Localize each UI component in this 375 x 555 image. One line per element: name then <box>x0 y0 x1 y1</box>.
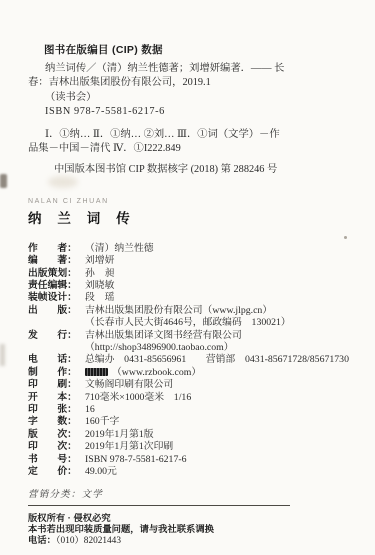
book-title-block: NALAN CI ZHUAN 纳 兰 词 传 <box>28 198 357 227</box>
row-value: 孙 昶 <box>85 268 357 280</box>
row-value: 2019年1月第1次印刷 <box>85 441 357 453</box>
cip-classification-line: Ⅰ．①纳… Ⅱ．①纳… ②刘… Ⅲ．①词（文学）－作 <box>28 128 357 142</box>
cip-header: 图书在版编目 (CIP) 数据 <box>44 42 357 57</box>
contact-phone-line: 电话：（010）82021443 <box>28 535 357 547</box>
book-title-pinyin: NALAN CI ZHUAN <box>28 198 357 205</box>
colophon-row-price: 定 价：49.00元 <box>28 466 357 478</box>
row-value: 160千字 <box>85 416 357 428</box>
row-label: 开 本： <box>28 392 85 404</box>
row-label: 装帧设计： <box>28 292 85 304</box>
row-value: 2019年1月第1版 <box>85 429 357 441</box>
row-label: 书 号： <box>28 454 85 466</box>
scan-artifact <box>344 236 347 239</box>
colophon-row-format: 开 本：710毫米×1000毫米 1/16 <box>28 392 357 404</box>
colophon-row-publisher: 出 版：吉林出版集团股份有限公司（www.jlpg.cn） <box>28 305 357 317</box>
cip-classification-line: 品集－中国－清代 Ⅳ．①I222.849 <box>28 142 357 156</box>
row-label: 编 著： <box>28 255 85 267</box>
row-label: 版 次： <box>28 429 85 441</box>
scan-artifact <box>0 174 7 188</box>
row-label: 出 版： <box>28 305 85 317</box>
row-label: 定 价： <box>28 466 85 478</box>
row-label: 字 数： <box>28 416 85 428</box>
colophon-row-maker: 制 作：（www.rzbook.com） <box>28 367 357 379</box>
cip-line: 春：吉林出版集团股份有限公司，2019.1 <box>28 76 357 90</box>
colophon-row-editor: 编 著：刘增妍 <box>28 255 357 267</box>
row-label: 印 张： <box>28 404 85 416</box>
colophon-row-author: 作 者：（清）纳兰性德 <box>28 243 357 255</box>
cip-registry-number: 中国版本图书馆 CIP 数据核字 (2018) 第 288246 号 <box>28 163 357 177</box>
marketing-category-value: 文学 <box>82 490 103 500</box>
row-label: 制 作： <box>28 367 85 379</box>
colophon-row-impression: 印 次：2019年1月第1次印刷 <box>28 441 357 453</box>
row-value: 710毫米×1000毫米 1/16 <box>85 392 357 404</box>
row-value: （http://shop34896900.taobao.com） <box>85 342 357 354</box>
marketing-category: 营销分类：文学 <box>28 486 357 500</box>
cip-isbn-line: ISBN 978-7-5581-6217-6 <box>28 105 357 119</box>
maker-url: （www.rzbook.com） <box>112 367 201 378</box>
copyright-line: 版权所有 · 侵权必究 <box>28 513 357 524</box>
rzbook-logo <box>85 368 108 376</box>
colophon-row-isbn: 书 号：ISBN 978-7-5581-6217-6 <box>28 454 357 466</box>
row-label: 出版策划： <box>28 268 85 280</box>
row-value: 文畅阁印刷有限公司 <box>85 379 357 391</box>
divider-rule <box>28 505 290 506</box>
colophon-row-edition: 版 次：2019年1月第1版 <box>28 429 357 441</box>
contact-phone-label: 电话： <box>28 535 56 545</box>
row-value: 16 <box>85 404 357 416</box>
row-value: （长春市人民大街4646号，邮政编码 130021） <box>85 317 357 329</box>
marketing-category-label: 营销分类： <box>28 490 82 500</box>
row-value: 总编办 0431-85656961 营销部 0431-85671728/8567… <box>85 354 357 366</box>
colophon-row-telephone: 电 话：总编办 0431-85656961 营销部 0431-85671728/… <box>28 354 357 366</box>
row-value: 吉林出版集团译文图书经营有限公司 <box>85 330 357 342</box>
scan-artifact <box>0 344 5 366</box>
row-label: 印 次： <box>28 441 85 453</box>
copyright-page: 图书在版编目 (CIP) 数据 纳兰词传／（清）纳兰性德著；刘增妍编著．—— 长… <box>0 0 375 555</box>
row-label: 发 行： <box>28 330 85 342</box>
row-value: 49.00元 <box>85 466 357 478</box>
row-label <box>28 342 85 354</box>
colophon-row-designer: 装帧设计：段 瑶 <box>28 292 357 304</box>
quality-notice-line: 本书若出现印装质量问题，请与我社联系调换 <box>28 524 357 535</box>
colophon-row-publisher-address: （长春市人民大街4646号，邮政编码 130021） <box>28 317 357 329</box>
cip-line: 纳兰词传／（清）纳兰性德著；刘增妍编著．—— 长 <box>28 62 357 76</box>
row-value: （清）纳兰性德 <box>85 243 357 255</box>
row-label: 印 刷： <box>28 379 85 391</box>
row-value: 刘晓敏 <box>85 280 357 292</box>
row-label <box>28 317 85 329</box>
book-title-chinese: 纳 兰 词 传 <box>28 207 357 227</box>
row-label: 作 者： <box>28 243 85 255</box>
cip-block: 图书在版编目 (CIP) 数据 纳兰词传／（清）纳兰性德著；刘增妍编著．—— 长… <box>28 42 357 177</box>
contact-phone-number: （010）82021443 <box>56 536 121 546</box>
row-value: 段 瑶 <box>85 292 357 304</box>
colophon-row-distributor: 发 行：吉林出版集团译文图书经营有限公司 <box>28 330 357 342</box>
colophon-row-shop-url: （http://shop34896900.taobao.com） <box>28 342 357 354</box>
colophon: 作 者：（清）纳兰性德 编 著：刘增妍 出版策划：孙 昶 责任编辑：刘晓敏 装帧… <box>28 243 357 479</box>
row-label: 电 话： <box>28 354 85 366</box>
colophon-row-responsible-editor: 责任编辑：刘晓敏 <box>28 280 357 292</box>
scan-artifact <box>48 176 78 188</box>
colophon-row-sheets: 印 张：16 <box>28 404 357 416</box>
cip-series-line: （读书会） <box>28 91 357 105</box>
row-value: （www.rzbook.com） <box>85 367 357 379</box>
row-value: 刘增妍 <box>85 255 357 267</box>
colophon-row-planner: 出版策划：孙 昶 <box>28 268 357 280</box>
row-value: 吉林出版集团股份有限公司（www.jlpg.cn） <box>85 305 357 317</box>
colophon-row-printer: 印 刷：文畅阁印刷有限公司 <box>28 379 357 391</box>
row-label: 责任编辑： <box>28 280 85 292</box>
copyright-notice: 版权所有 · 侵权必究 本书若出现印装质量问题，请与我社联系调换 电话：（010… <box>28 513 357 548</box>
colophon-row-word-count: 字 数：160千字 <box>28 416 357 428</box>
row-value: ISBN 978-7-5581-6217-6 <box>85 454 357 466</box>
